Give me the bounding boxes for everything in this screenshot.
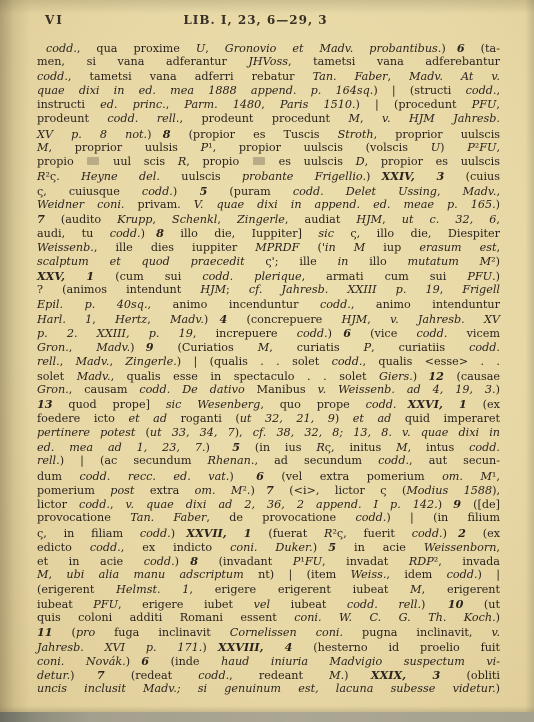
text-line: detur.) 7 (redeat codd., redeant M.) XXI…	[37, 668, 500, 682]
text-line: Gron., causam codd. De dativo Manibus v.…	[37, 383, 500, 397]
text-line: dum codd. recc. ed. vat.) 6 (vel extra p…	[37, 469, 500, 483]
critical-apparatus-text: codd., qua proxime U, Gronovio et Madv. …	[37, 41, 500, 697]
text-line: 11 (pro fuga inclinavit Cornelissen coni…	[37, 625, 500, 639]
text-line: edicto codd., ex indicto coni. Duker.) 5…	[37, 540, 500, 554]
text-line: M, ubi alia manu adscriptum nt) | (item …	[37, 568, 500, 582]
text-line: XXV, 1 (cum sui codd. plerique, armati c…	[37, 269, 500, 283]
text-line: p. 2. XXIII, p. 19, increpuere codd.) 6 …	[37, 326, 500, 340]
text-line: et in acie codd.) 8 (invadant P¹FU, inva…	[37, 554, 500, 568]
text-line: coni. Novák.) 6 (inde haud iniuria Madvi…	[37, 654, 500, 668]
text-line: provocatione Tan. Faber, de provocatione…	[37, 511, 500, 525]
text-line: ς, in filiam codd.) XXVII, 1 (fuerat R²ς…	[37, 526, 500, 540]
book-page-scan: VI LIB. I, 23, 6—29, 3 codd., qua proxim…	[0, 0, 534, 722]
running-title: LIB. I, 23, 6—29, 3	[24, 13, 487, 27]
text-line: iubeat PFU, erigere iubet vel iubeat cod…	[37, 597, 500, 611]
text-line: pomerium post extra om. M².) 7 (<i>, lic…	[37, 483, 500, 497]
text-line: Weidner coni. privam. V. quae dixi in ap…	[37, 198, 500, 212]
text-line: R²ς. Heyne del. uulscis probante Frigell…	[37, 169, 500, 183]
text-line: lictor codd., v. quae dixi ad 2, 36, 2 a…	[37, 497, 500, 511]
text-line: ed. mea ad 1, 23, 7.) 5 (in ius Rς, init…	[37, 440, 500, 454]
text-line: Harl. 1, Hertz, Madv.) 4 (concrepuere HJ…	[37, 312, 500, 326]
text-line: foedere icto et ad roganti (ut 32, 21, 9…	[37, 412, 500, 426]
text-line: rell., Madv., Zingerle.) | (qualis . . s…	[37, 355, 500, 369]
page-header: VI LIB. I, 23, 6—29, 3	[37, 13, 500, 29]
text-line: scalptum et quod praecedit ς'; ille in i…	[37, 255, 500, 269]
erasure-mark	[87, 157, 99, 165]
text-line: Gron., Madv.) 9 (Curiatios M, curiatis P…	[37, 340, 500, 354]
text-line: 13 quod prope] sic Wesenberg, quo prope …	[37, 397, 500, 411]
page-bottom-edge	[0, 712, 534, 722]
text-line: ς, cuiusque codd.) 5 (puram codd. Delet …	[37, 184, 500, 198]
text-line: men, si vana adferantur JHVoss, tametsi …	[37, 55, 500, 69]
text-line: 7 (audito Krupp, Schenkl, Zingerle, audi…	[37, 212, 500, 226]
text-line: pertinere potest (ut 33, 34, 7), cf. 38,…	[37, 426, 500, 440]
text-line: XV p. 8 not.) 8 (propior es Tuscis Strot…	[37, 127, 500, 141]
text-line: Weissenb., ille dies iuppiter MPRDF ('in…	[37, 241, 500, 255]
text-line: (erigerent Helmst. 1, erigere erigerent …	[37, 583, 500, 597]
text-line: rell.) | (ac secundum Rhenan., ad secund…	[37, 454, 500, 468]
text-line: prodeunt codd. rell., prodeunt procedunt…	[37, 112, 500, 126]
text-line: M, proprior uulsis P¹, propior uulscis (…	[37, 141, 500, 155]
text-line: quae dixi in ed. mea 1888 append. p. 164…	[37, 84, 500, 98]
text-line: ? (animos intendunt HJM; cf. Jahresb. XX…	[37, 283, 500, 297]
text-line: quis coloni additi Romani essent coni. W…	[37, 611, 500, 625]
text-line: propio uul scis R, propio es uulscis D, …	[37, 155, 500, 169]
text-line: solet Madv., qualis esse in spectaculo .…	[37, 369, 500, 383]
text-line: audi, tu codd.) 8 illo die, Iuppiter] si…	[37, 226, 500, 240]
erasure-mark	[253, 157, 265, 165]
text-line: instructi ed. princ., Parm. 1480, Paris …	[37, 98, 500, 112]
text-line: codd., tametsi vana adferri rebatur Tan.…	[37, 70, 500, 84]
text-line: uncis inclusit Madv.; si genuinum est, l…	[37, 682, 500, 696]
text-line: codd., qua proxime U, Gronovio et Madv. …	[37, 41, 500, 55]
text-line: Jahresb. XVI p. 171.) XXVIII, 4 (hestern…	[37, 640, 500, 654]
text-line: Epil. p. 40sq., animo incenduntur codd.,…	[37, 298, 500, 312]
